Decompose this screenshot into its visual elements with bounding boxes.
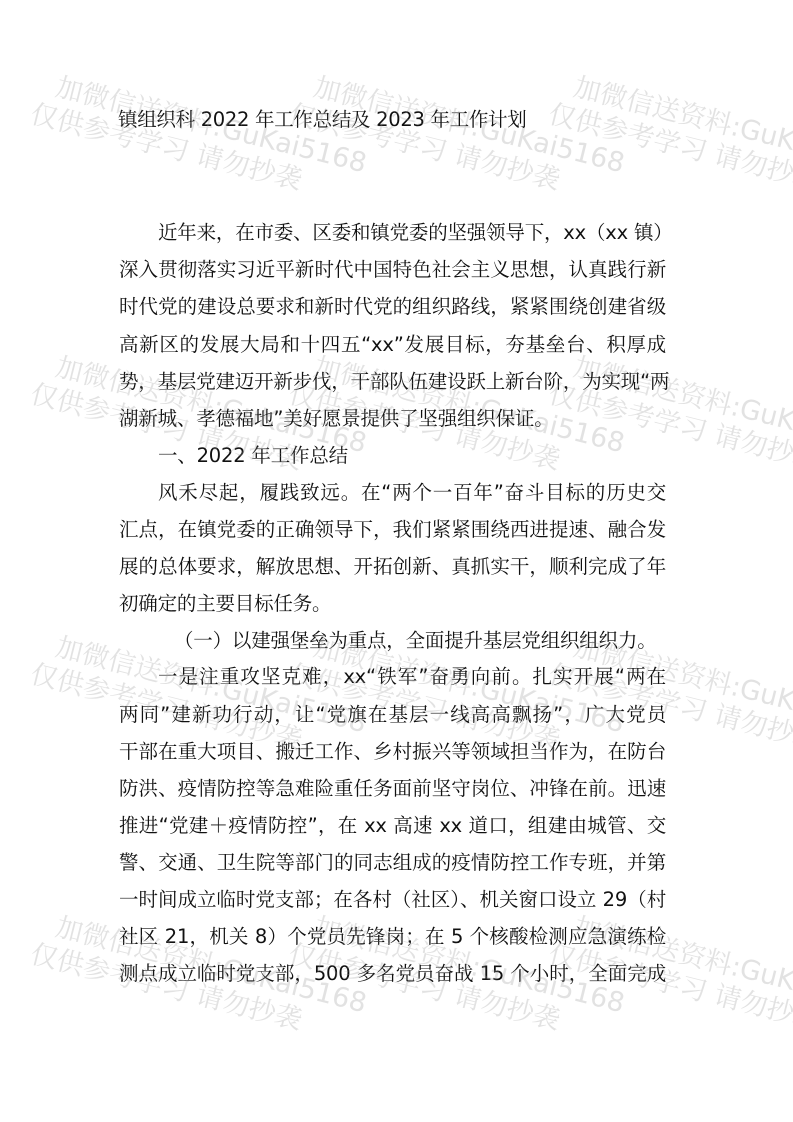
- subsection-heading: （一）以建强堡垒为重点，全面提升基层党组织组织力。: [174, 627, 657, 655]
- paragraph-line: 展的总体要求，解放思想、开拓创新、真抓实干，顺利完成了年: [119, 553, 666, 581]
- paragraph-line: 两同”建新功行动，让“党旗在基层一线高高飘扬”，广大党员: [119, 701, 666, 729]
- paragraph-line: 深入贯彻落实习近平新时代中国特色社会主义思想，认真践行新: [119, 256, 666, 284]
- paragraph-line: 汇点，在镇党委的正确领导下，我们紧紧围绕西进提速、融合发: [119, 516, 666, 544]
- paragraph-line: 势，基层党建迈开新步伐，干部队伍建设跃上新台阶，为实现“两: [119, 368, 666, 396]
- paragraph-line: 初确定的主要目标任务。: [119, 590, 666, 618]
- paragraph-line: 警、交通、卫生院等部门的同志组成的疫情防控工作专班，并第: [119, 849, 666, 877]
- paragraph-line: 湖新城、孝德福地”美好愿景提供了坚强组织保证。: [119, 405, 666, 433]
- paragraph-line: 近年来，在市委、区委和镇党委的坚强领导下，xx（xx 镇）: [158, 219, 666, 247]
- paragraph-line: 推进“党建＋疫情防控”，在 xx 高速 xx 道口，组建由城管、交: [119, 812, 666, 840]
- paragraph-line: 高新区的发展大局和十四五“xx”发展目标，夯基垒台、积厚成: [119, 331, 666, 359]
- paragraph-line: 测点成立临时党支部，500 多名党员奋战 15 个小时，全面完成: [119, 960, 666, 988]
- document-page: 镇组织科 2022 年工作总结及 2023 年工作计划 近年来，在市委、区委和镇…: [0, 0, 793, 1122]
- paragraph-line: 一是注重攻坚克难，xx“铁军”奋勇向前。扎实开展“两在: [158, 663, 666, 691]
- paragraph-line: 风禾尽起，履践致远。在“两个一百年”奋斗目标的历史交: [158, 479, 666, 507]
- paragraph-line: 社区 21，机关 8）个党员先锋岗；在 5 个核酸检测应急演练检: [119, 923, 666, 951]
- paragraph-line: 防洪、疫情防控等急难险重任务面前坚守岗位、冲锋在前。迅速: [119, 775, 666, 803]
- paragraph-line: 时代党的建设总要求和新时代党的组织路线，紧紧围绕创建省级: [119, 293, 666, 321]
- paragraph-line: 一时间成立临时党支部；在各村（社区）、机关窗口设立 29（村: [119, 886, 666, 914]
- document-title: 镇组织科 2022 年工作总结及 2023 年工作计划: [118, 106, 526, 134]
- paragraph-line: 干部在重大项目、搬迁工作、乡村振兴等领域担当作为，在防台: [119, 738, 666, 766]
- section-heading: 一、2022 年工作总结: [158, 442, 348, 470]
